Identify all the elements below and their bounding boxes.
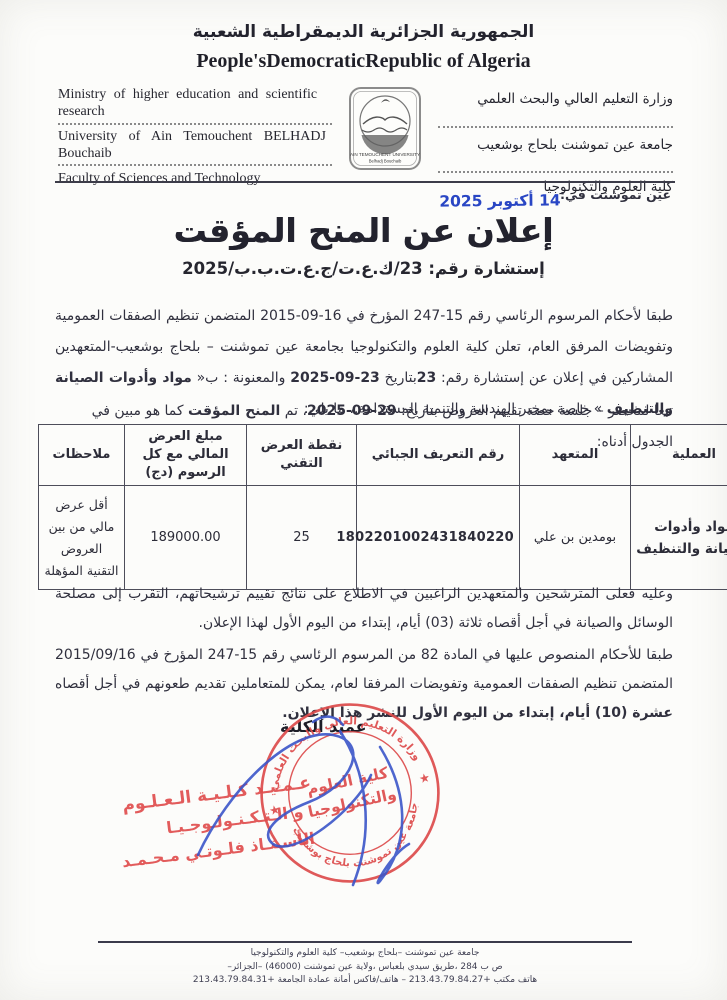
col-technical-score: نقطة العرض التقني: [247, 425, 357, 486]
ministry-name-en: Ministry of higher education and scienti…: [58, 86, 332, 125]
paragraph-results-consultation: وعليه فعلى المترشحين والمتعهدين الراغبين…: [55, 580, 673, 638]
footer-address-line: ص ب 284 ،طريق سيدي بلعباس ،ولاية عين تمو…: [98, 961, 632, 975]
header-separator-line: [55, 181, 675, 183]
document-title: إعلان عن المنح المؤقت: [0, 211, 727, 250]
cell-notes: أقل عرض مالي من بين العروض التقنية المؤه…: [39, 486, 125, 590]
footer: جامعة عين تموشنت –بلحاج بوشعيب– كلية الع…: [98, 947, 632, 988]
letterhead: Ministry of higher education and scienti…: [58, 86, 673, 202]
letterhead-arabic-column: وزارة التعليم العالي والبحث العلمي جامعة…: [438, 86, 673, 202]
country-name-arabic: الجمهورية الجزائرية الديمقراطية الشعبية: [0, 22, 727, 42]
table-header-row: العملية المتعهد رقم التعريف الجبائي نقطة…: [39, 425, 727, 486]
university-name-ar: جامعة عين تموشنت بلحاج بوشعيب: [438, 128, 673, 173]
handwritten-signature: [173, 705, 503, 895]
col-tax-id: رقم التعريف الجبائي: [357, 425, 520, 486]
dateline-label: عين تموشنت في:: [560, 187, 671, 202]
cell-financial-offer: 189000.00: [125, 486, 247, 590]
signature-block: عميد الكلية وزارة التعليم العالي والبحث …: [85, 700, 545, 905]
consultation-reference: إستشارة رقم: 23/ك.ع.ت/ج.ع.ت.ب.ب/2025: [0, 259, 727, 278]
footer-university-line: جامعة عين تموشنت –بلحاج بوشعيب– كلية الع…: [98, 947, 632, 961]
col-notes: ملاحظات: [39, 425, 125, 486]
faculty-name-en: Faculty of Sciences and Technology: [58, 166, 332, 192]
university-logo: AIN TEMOUCHENT UNIVERSITY Belhadj Boucha…: [347, 86, 423, 202]
col-financial-offer: مبلغ العرض المالي مع كل الرسوم (دج): [125, 425, 247, 486]
table-row: مواد وأدوات الصيانة والتنظيف بومدين بن ع…: [39, 486, 727, 590]
cell-operation: مواد وأدوات الصيانة والتنظيف: [631, 486, 727, 590]
university-seal-icon: AIN TEMOUCHENT UNIVERSITY Belhadj Boucha…: [347, 86, 423, 174]
country-name-english: People'sDemocraticRepublic of Algeria: [0, 50, 727, 73]
col-contractor: المتعهد: [520, 425, 631, 486]
cell-tax-id: 1802201002431840220: [357, 486, 520, 590]
scanned-announcement-page: الجمهورية الجزائرية الديمقراطية الشعبية …: [0, 0, 727, 1000]
logo-text-belhadj: Belhadj Bouchaib: [369, 159, 402, 164]
footer-separator-line: [98, 941, 632, 943]
ministry-name-ar: وزارة التعليم العالي والبحث العلمي: [438, 86, 673, 128]
date-stamp: 14 أكتوبر 2025: [430, 191, 570, 210]
logo-text-university: AIN TEMOUCHENT UNIVERSITY: [350, 152, 420, 157]
letterhead-english-column: Ministry of higher education and scienti…: [58, 86, 332, 202]
university-name-en: University of Ain Temouchent BELHADJ Bou…: [58, 125, 332, 166]
cell-contractor: بومدين بن علي: [520, 486, 631, 590]
provisional-award-table: العملية المتعهد رقم التعريف الجبائي نقطة…: [38, 424, 727, 590]
footer-phone-line: هاتف مكتب +213.43.79.84.27 – هاتف/فاكس أ…: [98, 974, 632, 988]
col-operation: العملية: [631, 425, 727, 486]
